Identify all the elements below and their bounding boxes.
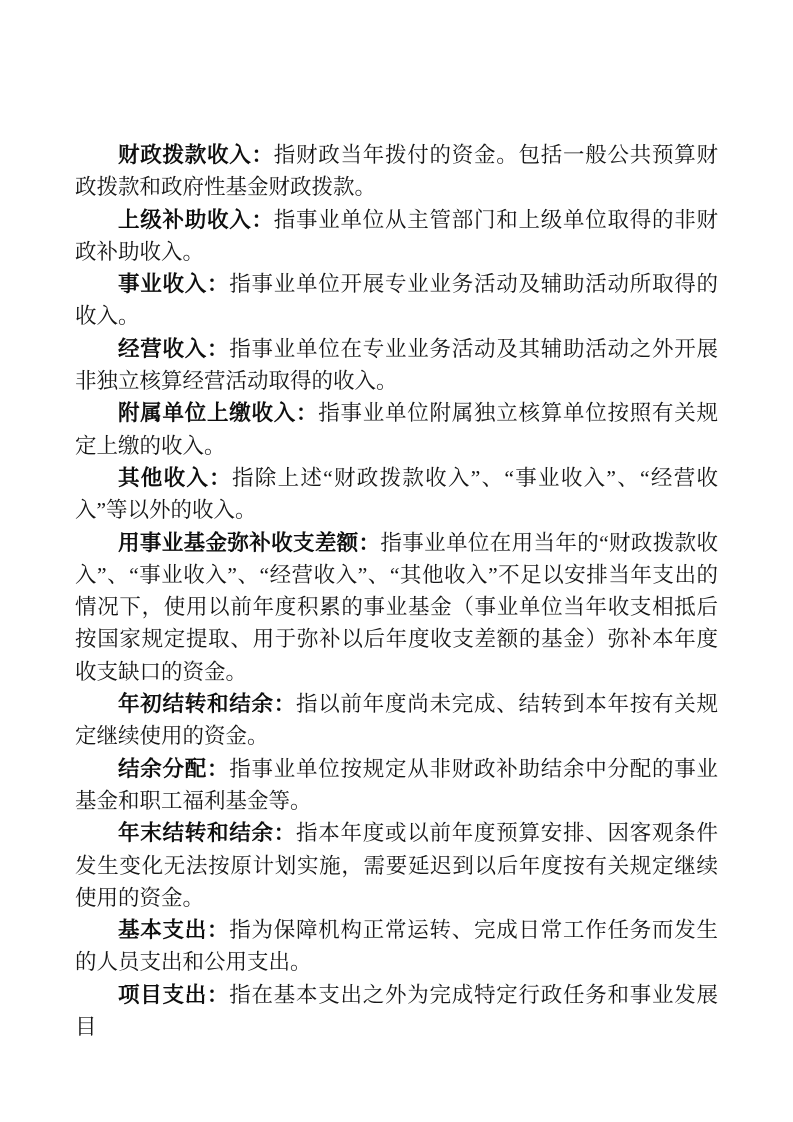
definition-paragraph: 附属单位上缴收入：指事业单位附属独立核算单位按照有关规定上缴的收入。 — [75, 397, 718, 462]
definition-paragraph: 项目支出：指在基本支出之外为完成特定行政任务和事业发展目 — [75, 979, 718, 1044]
definition-paragraph: 年初结转和结余：指以前年度尚未完成、结转到本年按有关规定继续使用的资金。 — [75, 688, 718, 753]
definition-term: 项目支出： — [118, 983, 229, 1007]
definition-paragraph: 基本支出：指为保障机构正常运转、完成日常工作任务而发生的人员支出和公用支出。 — [75, 914, 718, 979]
definition-paragraph: 结余分配：指事业单位按规定从非财政补助结余中分配的事业基金和职工福利基金等。 — [75, 753, 718, 818]
definition-paragraph: 财政拨款收入：指财政当年拨付的资金。包括一般公共预算财政拨款和政府性基金财政拨款… — [75, 139, 718, 204]
document-page: 财政拨款收入：指财政当年拨付的资金。包括一般公共预算财政拨款和政府性基金财政拨款… — [0, 0, 793, 1122]
definition-term: 年末结转和结余： — [118, 821, 296, 845]
definition-term: 年初结转和结余： — [118, 692, 296, 716]
definition-paragraph: 经营收入：指事业单位在专业业务活动及其辅助活动之外开展非独立核算经营活动取得的收… — [75, 333, 718, 398]
definition-term: 经营收入： — [118, 337, 229, 361]
definition-term: 附属单位上缴收入： — [118, 401, 318, 425]
definition-term: 其他收入： — [118, 466, 232, 490]
definition-term: 上级补助收入： — [118, 208, 274, 232]
definitions-list: 财政拨款收入：指财政当年拨付的资金。包括一般公共预算财政拨款和政府性基金财政拨款… — [75, 139, 718, 1043]
definition-term: 结余分配： — [118, 757, 229, 781]
definition-paragraph: 事业收入：指事业单位开展专业业务活动及辅助活动所取得的收入。 — [75, 268, 718, 333]
definition-paragraph: 年末结转和结余：指本年度或以前年度预算安排、因客观条件发生变化无法按原计划实施，… — [75, 817, 718, 914]
definition-term: 财政拨款收入： — [118, 143, 274, 167]
definition-paragraph: 其他收入：指除上述“财政拨款收入”、“事业收入”、“经营收入”等以外的收入。 — [75, 462, 718, 527]
definition-term: 基本支出： — [118, 918, 229, 942]
definition-term: 用事业基金弥补收支差额： — [118, 531, 380, 555]
definition-paragraph: 上级补助收入：指事业单位从主管部门和上级单位取得的非财政补助收入。 — [75, 204, 718, 269]
definition-paragraph: 用事业基金弥补收支差额：指事业单位在用当年的“财政拨款收入”、“事业收入”、“经… — [75, 527, 718, 688]
definition-term: 事业收入： — [118, 272, 229, 296]
